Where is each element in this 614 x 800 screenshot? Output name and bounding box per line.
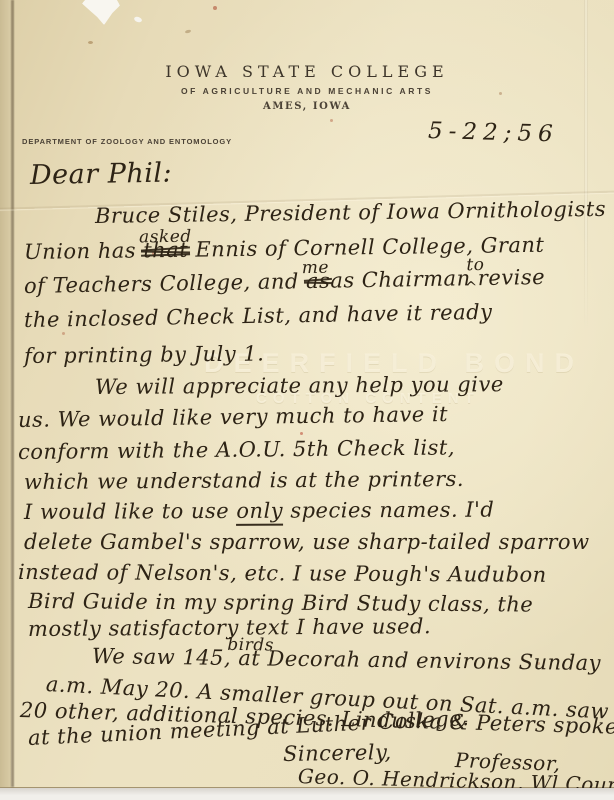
college-subtitle: OF AGRICULTURE AND MECHANIC ARTS [0, 86, 614, 96]
body-line: Bird Guide in my spring Bird Study class… [28, 589, 533, 617]
foxing-spot [88, 41, 93, 44]
page-left-edge [0, 0, 11, 787]
body-text: as Chairman [330, 266, 471, 292]
body-text: of Teachers College, and [24, 269, 306, 298]
foxing-spot [300, 432, 303, 435]
college-name: IOWA STATE COLLEGE [0, 62, 614, 81]
scanner-background-strip [0, 788, 614, 800]
foxing-spot [213, 6, 217, 10]
struck-word: that [143, 238, 188, 263]
body-line: delete Gambel's sparrow, use sharp-taile… [24, 530, 590, 554]
body-line: for printing by July 1. [24, 341, 265, 368]
body-line: I would like to use only species names. … [24, 498, 494, 524]
body-text: I would like to use [24, 499, 236, 524]
foxing-spot [330, 119, 333, 122]
body-line: We will appreciate any help you give [95, 372, 504, 399]
vertical-fold-crease [584, 0, 588, 330]
page-edge-shadow [11, 0, 14, 787]
scanned-letter-page: DEERFIELD BOND COTTON CONTENT IOWA STATE… [0, 0, 614, 800]
struck-word: as [306, 269, 331, 293]
body-text: Ennis of Cornell College, Grant [188, 233, 545, 262]
body-text: We saw 145, [92, 644, 232, 670]
body-line: which we understand is at the printers. [24, 467, 464, 494]
body-line: conform with the A.O.U. 5th Check list, [18, 435, 455, 464]
valediction: Sincerely, [283, 740, 392, 766]
college-city: AMES, IOWA [0, 101, 614, 112]
salutation: Dear Phil: [30, 158, 173, 191]
body-text: at Decorah and environs Sunday [231, 646, 601, 675]
body-line: instead of Nelson's, etc. I use Pough's … [18, 560, 547, 587]
letterhead: IOWA STATE COLLEGE OF AGRICULTURE AND ME… [0, 62, 614, 112]
body-text: Union has [24, 238, 144, 264]
handwritten-date: 5-22;56 [428, 118, 559, 147]
body-text: species names. I'd [283, 498, 494, 523]
underlined-word: only [236, 499, 283, 526]
foxing-spot [62, 332, 65, 335]
department-line: DEPARTMENT OF ZOOLOGY AND ENTOMOLOGY [22, 137, 232, 146]
